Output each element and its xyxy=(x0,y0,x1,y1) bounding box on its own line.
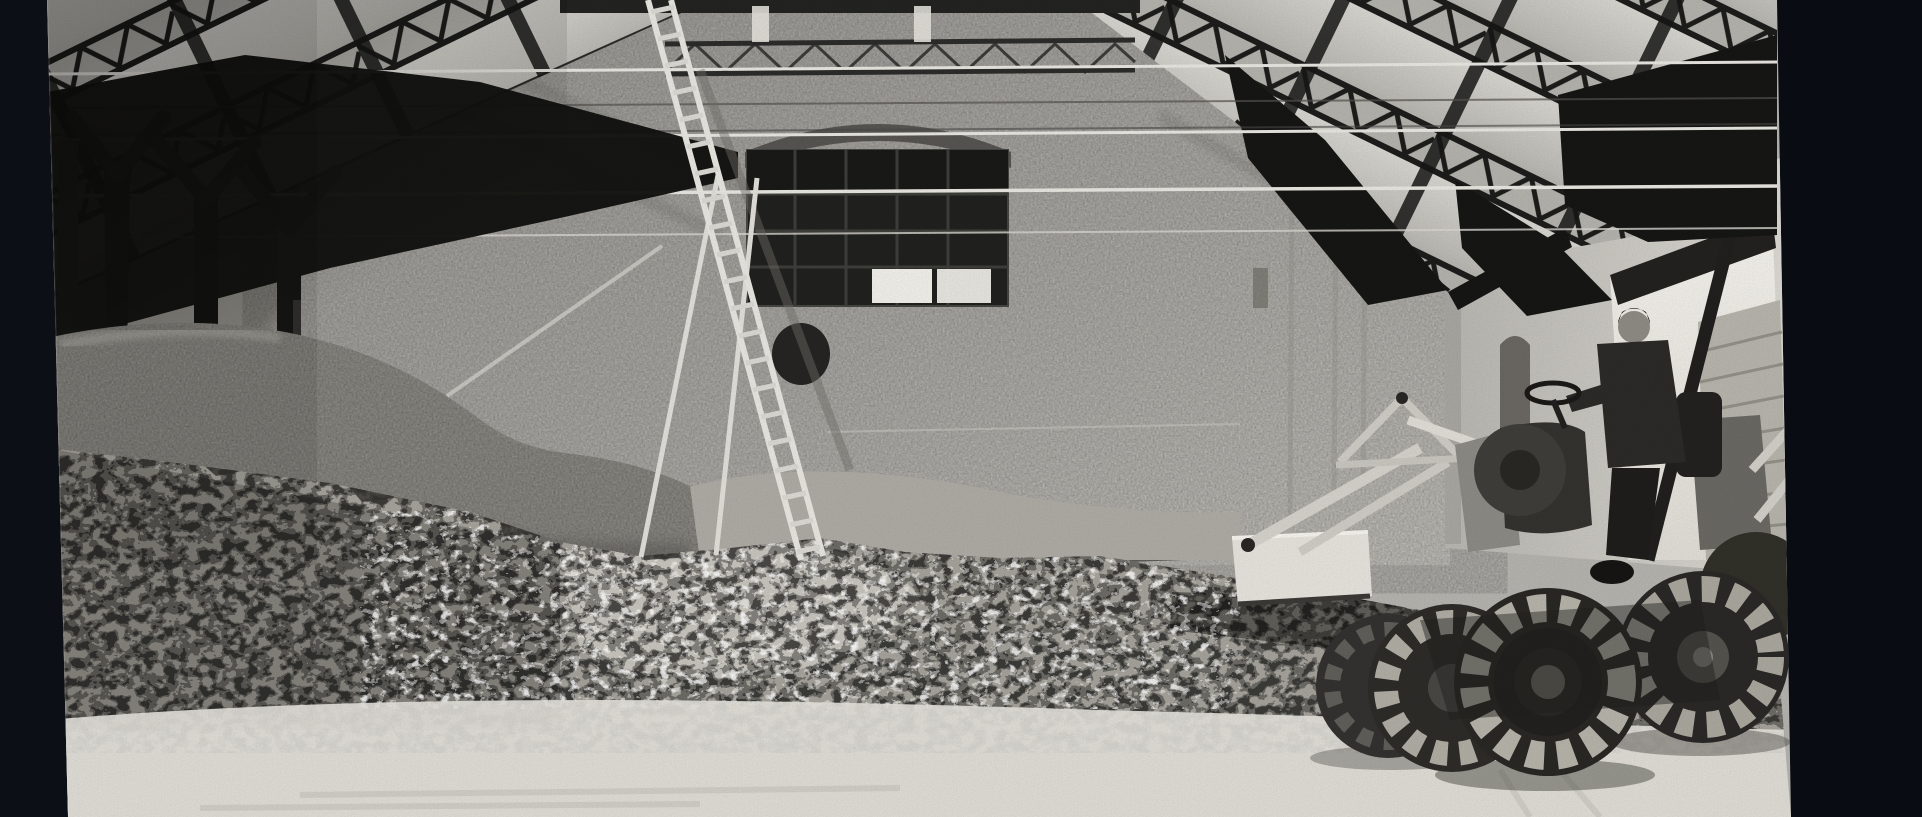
photo-canvas: Industrial hall interior with wheel load… xyxy=(0,0,1922,817)
photograph-of-industrial-hall: Industrial hall interior with wheel load… xyxy=(0,0,1922,817)
black-border-right xyxy=(1770,0,1922,817)
left-tone-shading xyxy=(47,0,317,565)
photo-print xyxy=(0,0,1900,817)
